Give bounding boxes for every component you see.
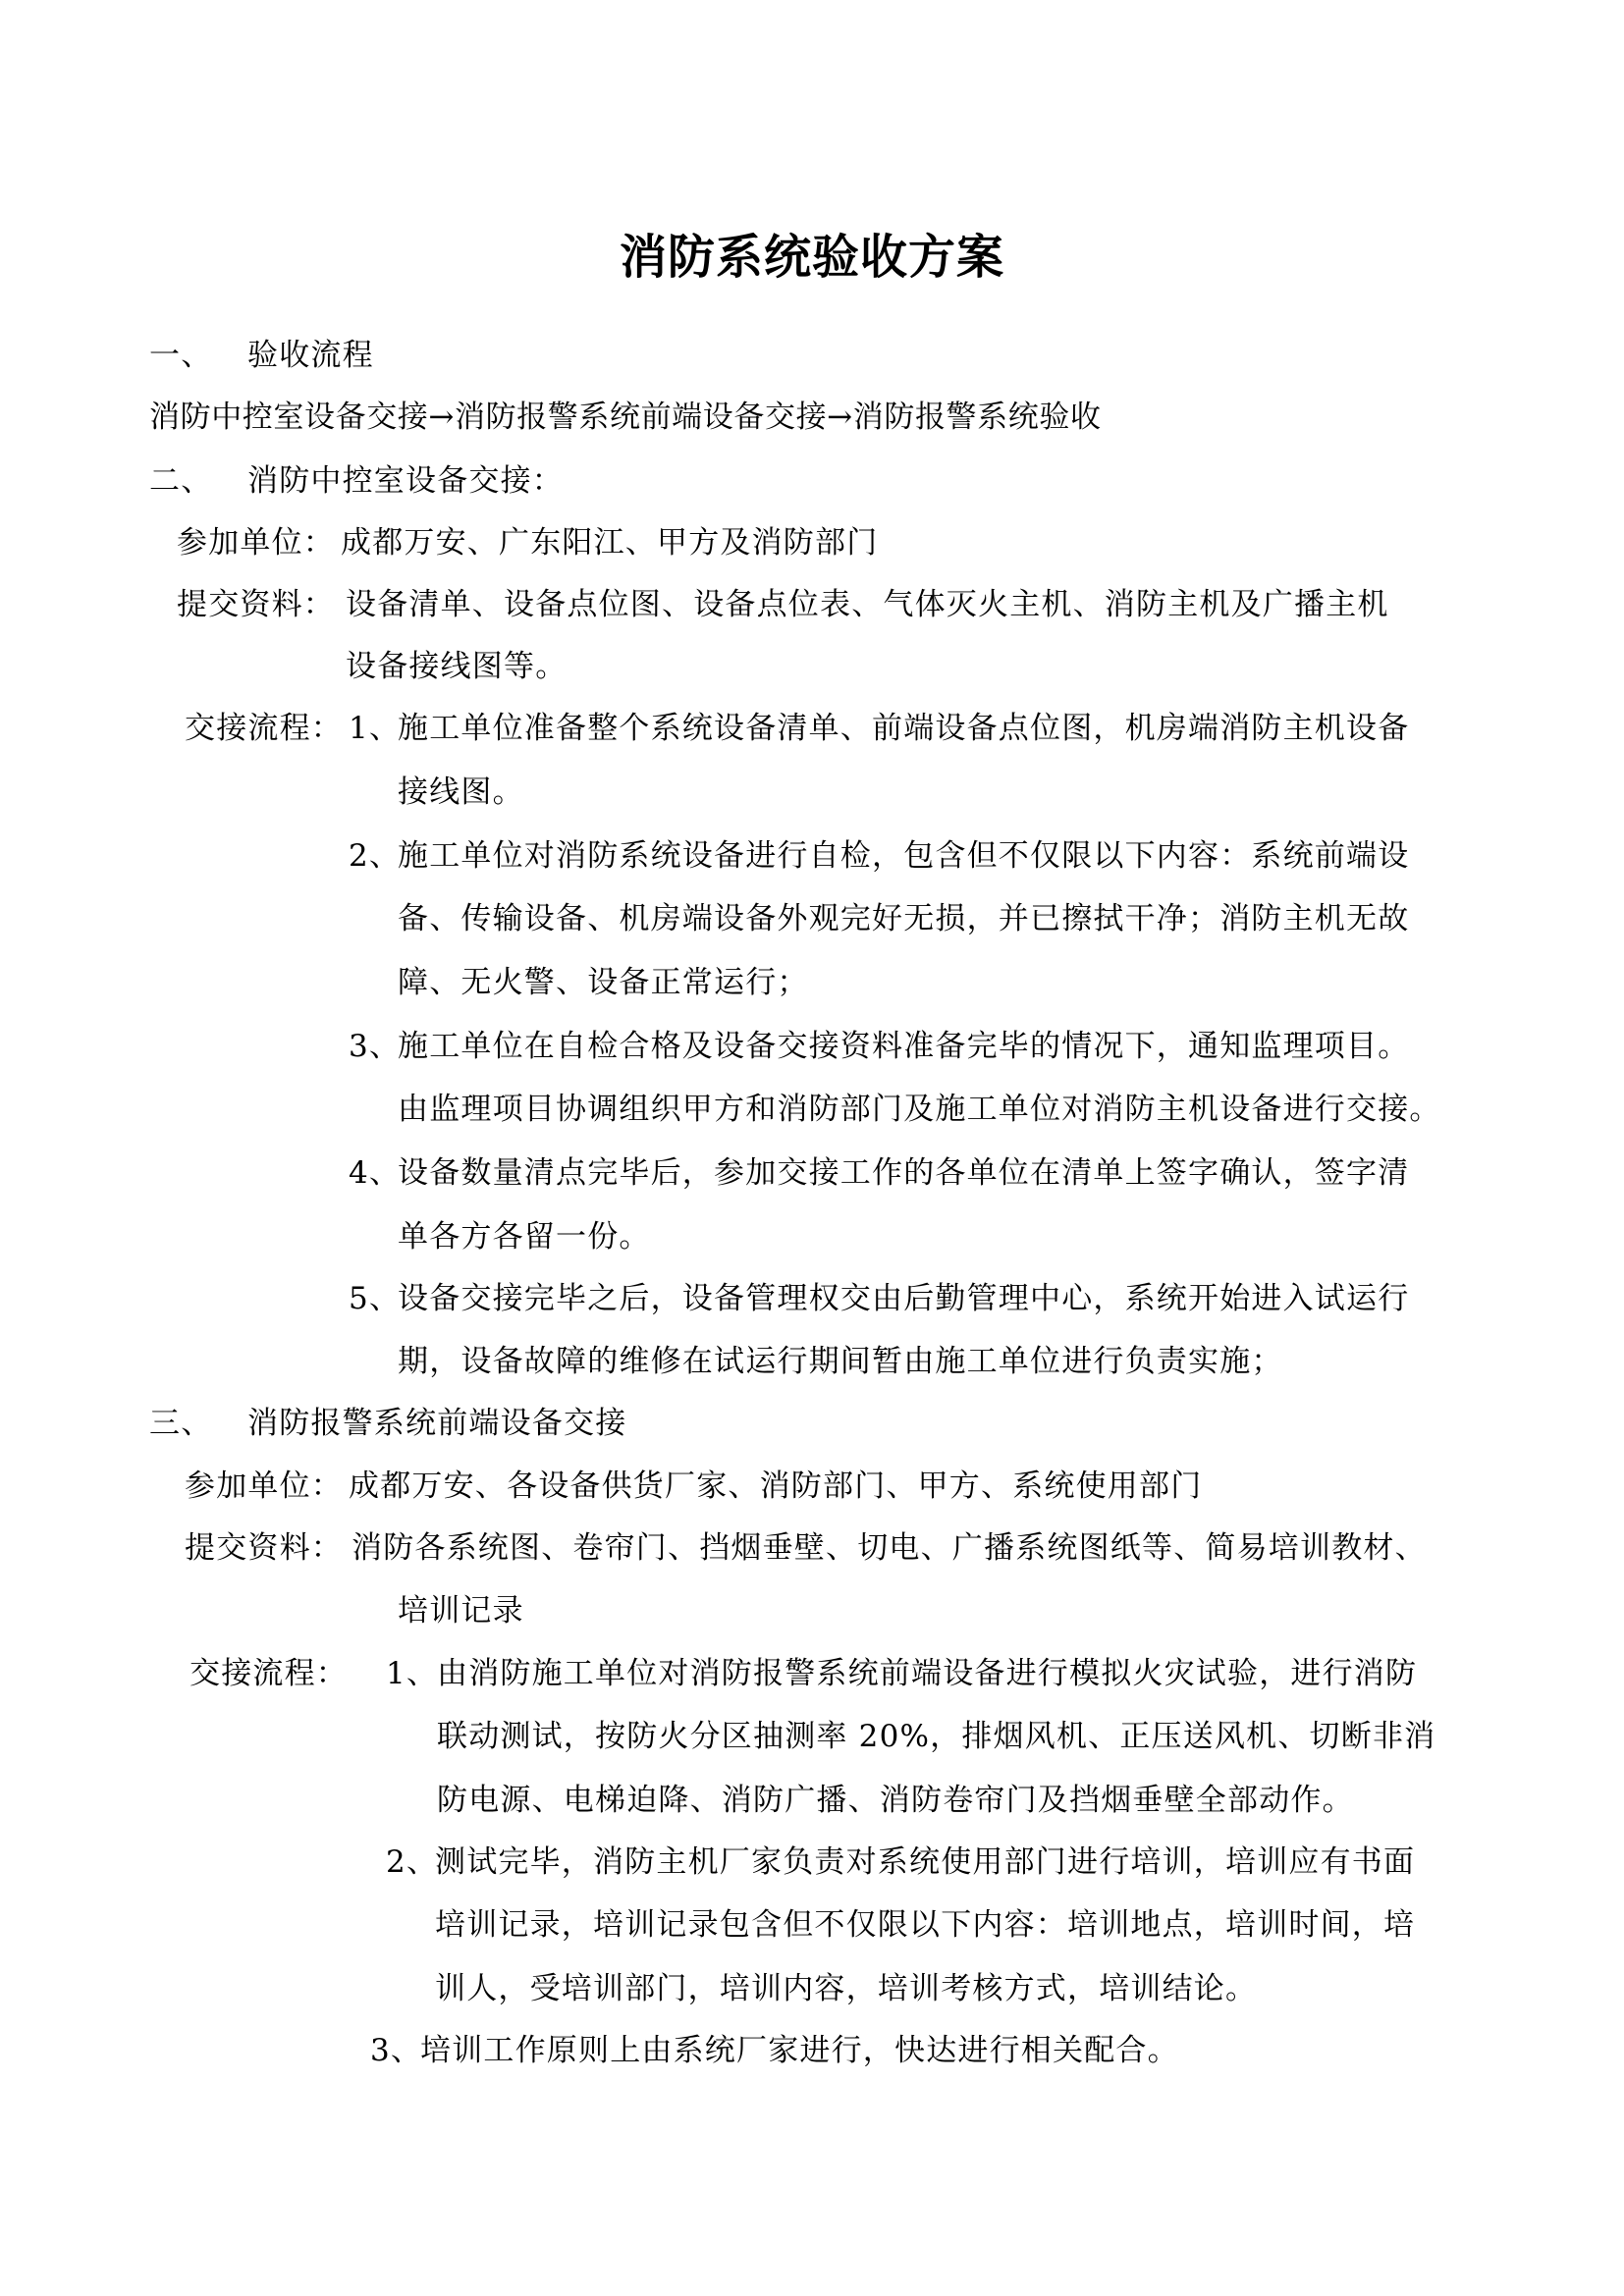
section-2-step-2-line-1: 施工单位对消防系统设备进行自检，包含但不仅限以下内容：系统前端设 xyxy=(398,836,1409,876)
section-2-step-2-number: 2、 xyxy=(349,836,401,876)
section-3-step-2-line-2: 培训记录，培训记录包含但不仅限以下内容：培训地点，培训时间，培 xyxy=(435,1905,1415,1945)
section-3-participants: 成都万安、各设备供货厂家、消防部门、甲方、系统使用部门 xyxy=(349,1467,1202,1506)
section-3-step-1-number: 1、 xyxy=(386,1654,438,1693)
section-2-materials-line-1: 设备清单、设备点位图、设备点位表、气体灭火主机、消防主机及广播主机 xyxy=(346,585,1389,624)
document-page: 消防系统验收方案 一、 验收流程 消防中控室设备交接→消防报警系统前端设备交接→… xyxy=(0,0,1624,2296)
section-2-step-4-line-2: 单各方各留一份。 xyxy=(398,1217,651,1256)
section-3-step-3-number: 3、 xyxy=(370,2031,422,2070)
section-3-heading: 消防报警系统前端设备交接 xyxy=(247,1404,626,1443)
section-1-flow: 消防中控室设备交接→消防报警系统前端设备交接→消防报警系统验收 xyxy=(149,398,1102,437)
section-2-step-5-number: 5、 xyxy=(349,1279,401,1318)
section-3-step-1-line-3: 防电源、电梯迫降、消防广播、消防卷帘门及挡烟垂壁全部动作。 xyxy=(437,1781,1354,1820)
section-2-step-3-line-1: 施工单位在自检合格及设备交接资料准备完毕的情况下，通知监理项目。 xyxy=(398,1027,1409,1066)
section-3-materials-label: 提交资料： xyxy=(185,1528,343,1568)
section-1-heading: 验收流程 xyxy=(247,336,374,375)
section-3-participants-label: 参加单位： xyxy=(185,1467,343,1506)
section-3-materials-line-1: 消防各系统图、卷帘门、挡烟垂壁、切电、广播系统图纸等、简易培训教材、 xyxy=(352,1528,1427,1568)
section-3-process-label: 交接流程： xyxy=(189,1654,348,1693)
section-2-heading: 消防中控室设备交接： xyxy=(247,461,564,501)
section-2-step-2-line-3: 障、无火警、设备正常运行； xyxy=(398,963,809,1002)
section-3-step-1-line-2: 联动测试，按防火分区抽测率 20%，排烟风机、正压送风机、切断非消 xyxy=(437,1717,1435,1756)
section-2-step-5-line-2: 期，设备故障的维修在试运行期间暂由施工单位进行负责实施； xyxy=(398,1342,1283,1381)
section-2-participants: 成都万安、广东阳江、甲方及消防部门 xyxy=(341,523,878,562)
section-2-participants-label: 参加单位： xyxy=(177,523,335,562)
section-3-number: 三、 xyxy=(149,1404,212,1443)
section-3-step-3-line-1: 培训工作原则上由系统厂家进行，快达进行相关配合。 xyxy=(420,2031,1179,2070)
document-title: 消防系统验收方案 xyxy=(0,228,1624,287)
section-2-step-4-number: 4、 xyxy=(349,1153,401,1193)
section-2-step-2-line-2: 备、传输设备、机房端设备外观完好无损，并已擦拭干净；消防主机无故 xyxy=(398,899,1409,938)
section-3-materials-line-2: 培训记录 xyxy=(398,1591,524,1630)
section-1-number: 一、 xyxy=(149,336,212,375)
section-3-step-2-number: 2、 xyxy=(386,1842,438,1882)
section-2-process-label: 交接流程： xyxy=(185,709,343,748)
section-2-step-1-line-1: 施工单位准备整个系统设备清单、前端设备点位图，机房端消防主机设备 xyxy=(398,709,1409,748)
section-2-step-4-line-1: 设备数量清点完毕后，参加交接工作的各单位在清单上签字确认，签字清 xyxy=(398,1153,1409,1193)
section-2-materials-label: 提交资料： xyxy=(177,585,335,624)
section-3-step-1-line-1: 由消防施工单位对消防报警系统前端设备进行模拟火灾试验，进行消防 xyxy=(437,1654,1417,1693)
section-2-step-1-line-2: 接线图。 xyxy=(398,773,524,812)
section-2-materials-line-2: 设备接线图等。 xyxy=(346,647,567,686)
section-2-step-3-number: 3、 xyxy=(349,1027,401,1066)
section-3-step-2-line-3: 训人，受培训部门，培训内容，培训考核方式，培训结论。 xyxy=(435,1969,1257,2008)
section-3-step-2-line-1: 测试完毕，消防主机厂家负责对系统使用部门进行培训，培训应有书面 xyxy=(435,1842,1415,1882)
section-2-step-3-line-2: 由监理项目协调组织甲方和消防部门及施工单位对消防主机设备进行交接。 xyxy=(398,1090,1441,1129)
section-2-step-1-number: 1、 xyxy=(349,709,401,748)
section-2-number: 二、 xyxy=(149,461,212,501)
section-2-step-5-line-1: 设备交接完毕之后，设备管理权交由后勤管理中心，系统开始进入试运行 xyxy=(398,1279,1409,1318)
